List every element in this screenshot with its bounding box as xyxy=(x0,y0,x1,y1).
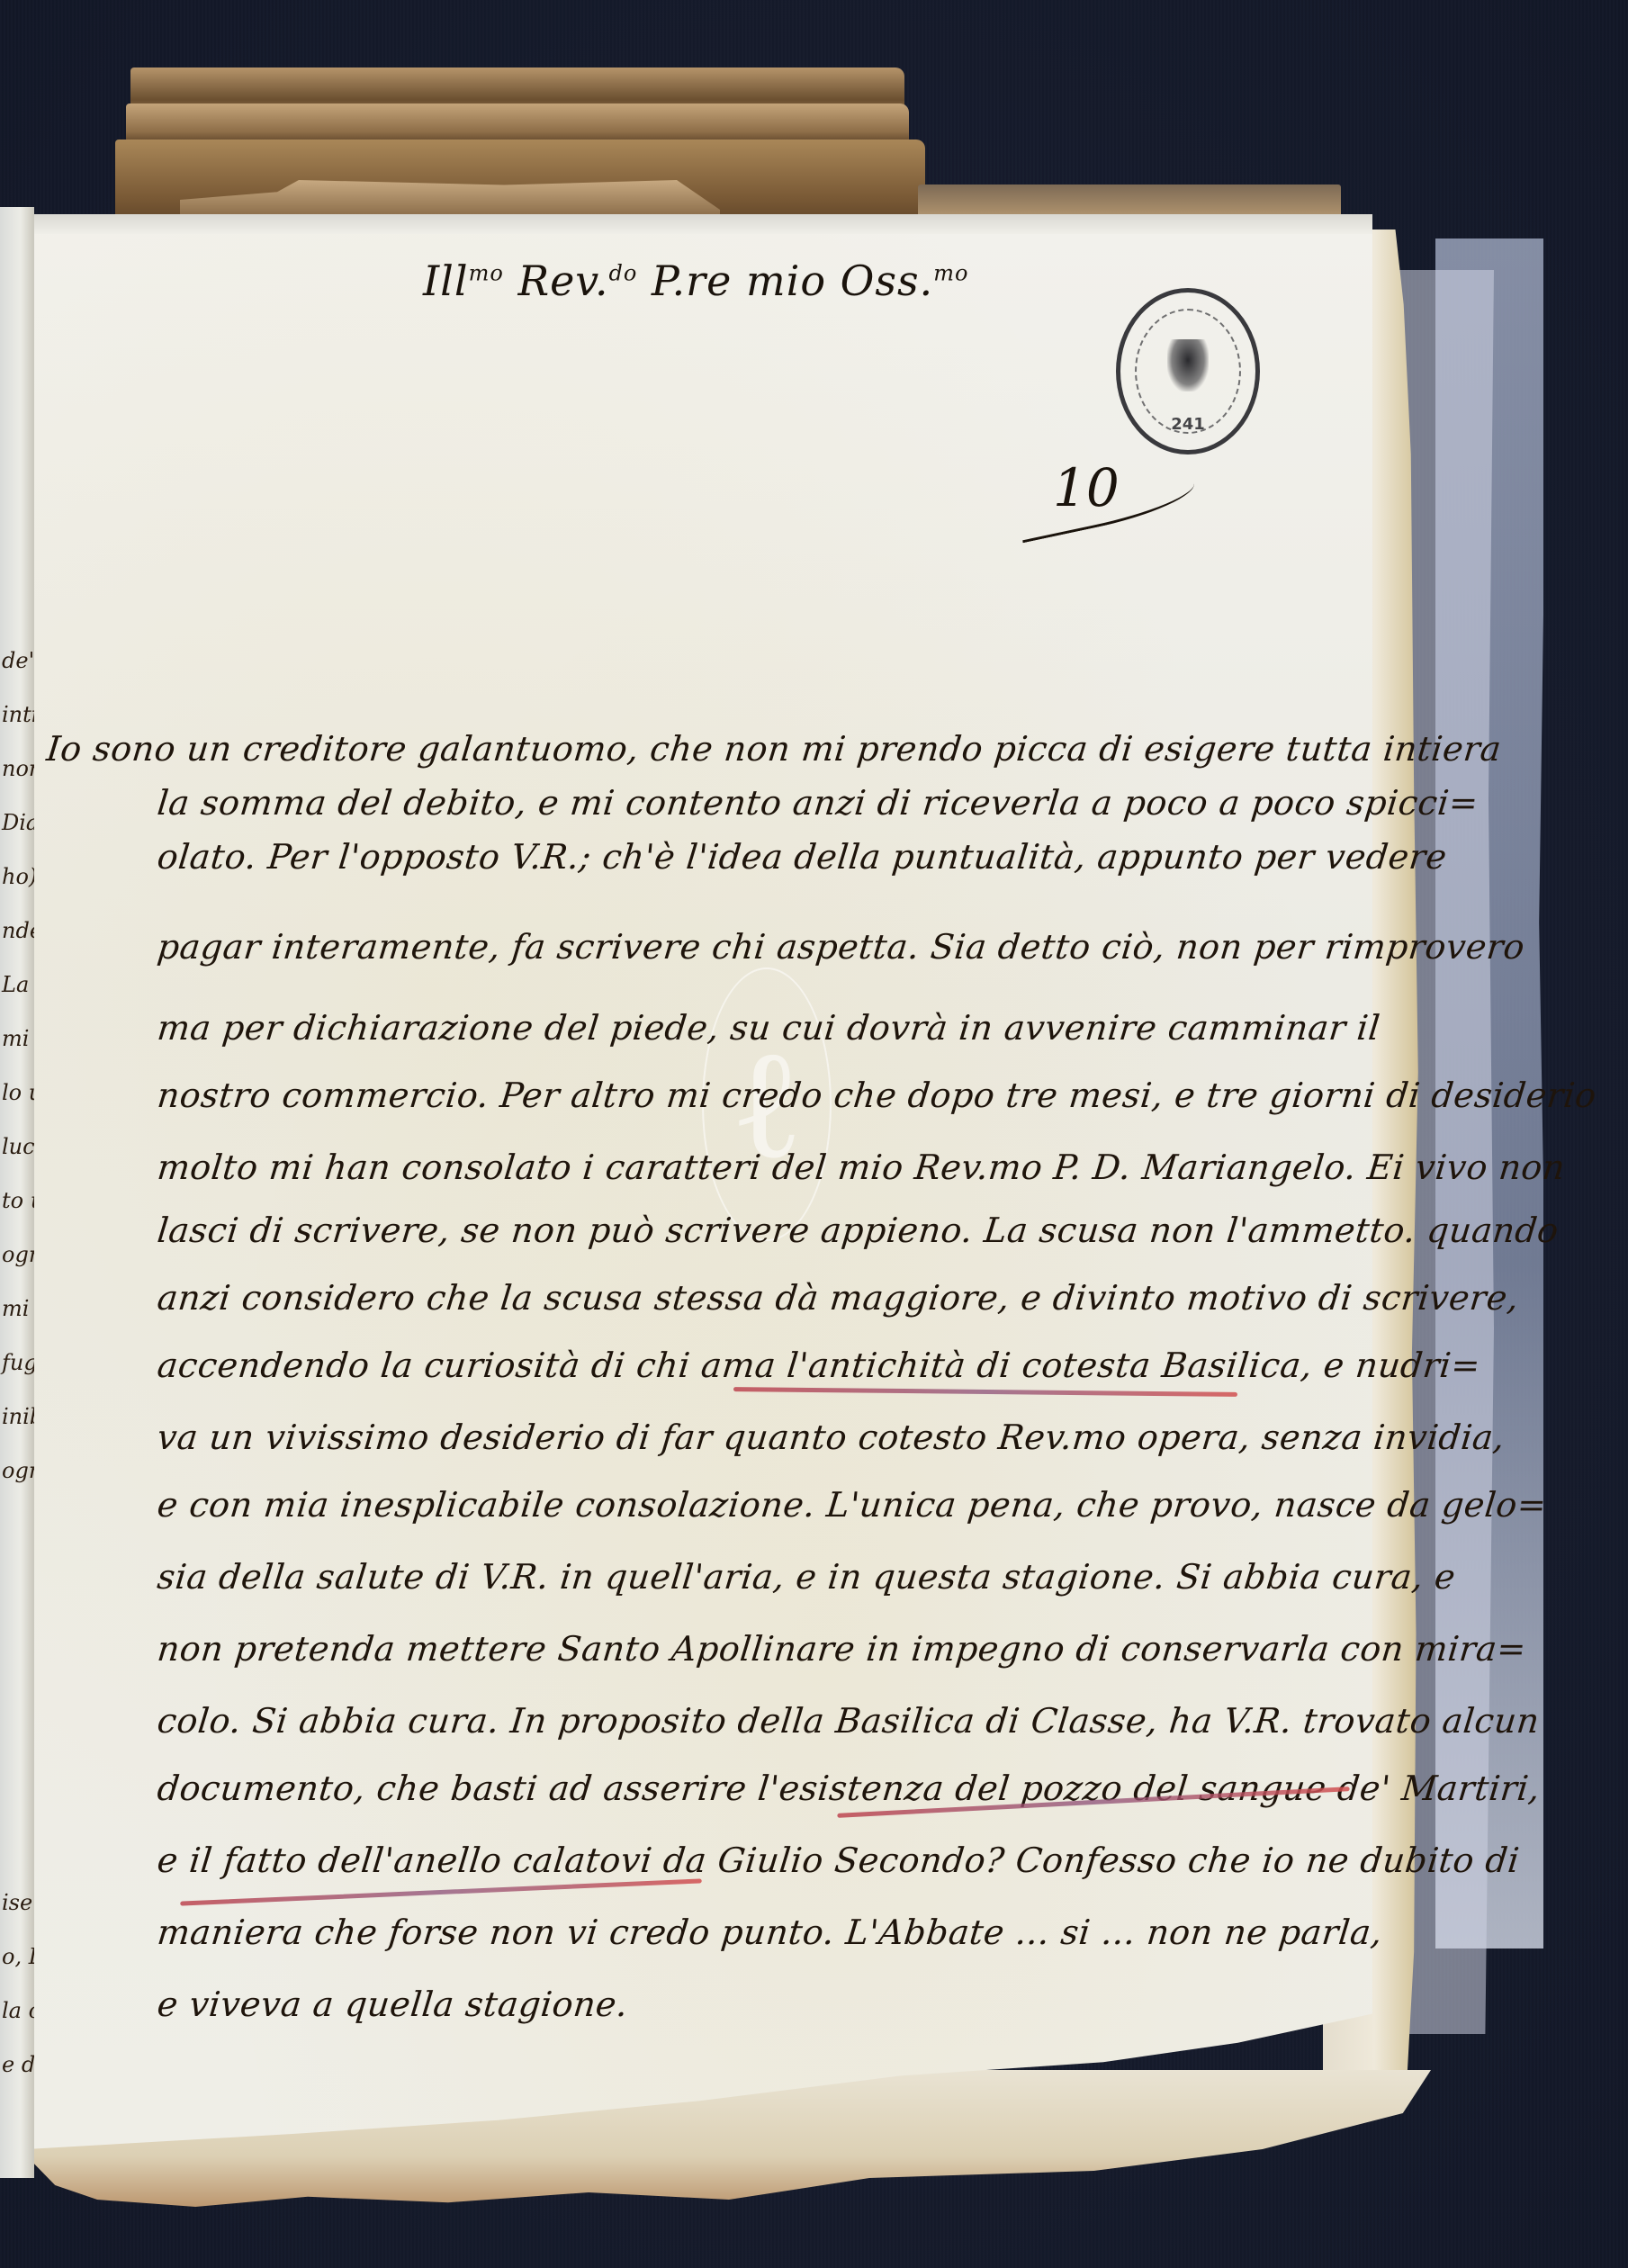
left-page-fragment: ho) non xyxy=(2,864,34,889)
letter-line: Io sono un creditore galantuomo, che non… xyxy=(45,729,1504,769)
letter-line: accendendo la curiosità di chi ama l'ant… xyxy=(156,1345,1483,1385)
left-page-fragment: nder d xyxy=(2,918,34,943)
brown-wrapping-stack xyxy=(108,58,918,238)
page-top-fold xyxy=(27,214,1372,234)
left-page-fragment: inibit xyxy=(2,1404,34,1429)
letter-line: la somma del debito, e mi contento anzi … xyxy=(156,783,1480,823)
left-page-fragment: to una xyxy=(2,1188,34,1213)
salutation-part: P.re mio Oss. xyxy=(637,256,933,305)
left-page-fragment: mi rifl xyxy=(2,1026,34,1051)
letter-line: anzi considero che la scusa stessa dà ma… xyxy=(156,1278,1521,1318)
left-facing-page-edge: de' dili intium non, L Diavoli, ho) non … xyxy=(0,207,34,2178)
left-page-fragment: Diavoli, xyxy=(2,810,34,835)
left-page-fragment: o, Lui xyxy=(2,1944,34,1969)
left-page-fragment: e di xyxy=(2,2052,34,2077)
salutation-superscript: mo xyxy=(933,261,968,286)
left-page-fragment: lo ugg xyxy=(2,1080,34,1105)
left-page-fragment: mi ricor xyxy=(2,1296,34,1321)
left-page-fragment: ogne i xyxy=(2,1458,34,1483)
letter-line: lasci di scrivere, se non può scrivere a… xyxy=(156,1210,1561,1250)
letter-line: colo. Si abbia cura. In proposito della … xyxy=(156,1701,1542,1741)
letter-line: pagar interamente, fa scrivere chi aspet… xyxy=(156,927,1527,967)
wrapping-layer xyxy=(126,103,909,144)
left-page-fragment: intium xyxy=(2,702,34,727)
letter-line: e viveva a quella stagione. xyxy=(156,1984,630,2024)
left-page-fragment: ogni, co xyxy=(2,1242,34,1267)
letter-salutation: Illmo Rev.do P.re mio Oss.mo xyxy=(423,256,968,305)
left-page-fragment: La intra xyxy=(2,972,34,997)
stamp-number: 241 xyxy=(1120,415,1255,434)
letter-line: e con mia inesplicabile consolazione. L'… xyxy=(156,1485,1549,1525)
stamp-emblem-icon xyxy=(1167,339,1209,391)
salutation-superscript: do xyxy=(608,261,637,286)
left-page-fragment: la cap xyxy=(2,1998,34,2023)
letter-line: e il fatto dell'anello calatovi da Giuli… xyxy=(156,1840,1522,1880)
left-page-fragment: fuggit xyxy=(2,1350,34,1375)
letter-line: nostro commercio. Per altro mi credo che… xyxy=(156,1075,1598,1115)
left-page-fragment: ise al xyxy=(2,1890,34,1915)
letter-line: non pretenda mettere Santo Apollinare in… xyxy=(156,1629,1528,1669)
salutation-superscript: mo xyxy=(469,261,504,286)
archive-stamp-icon: 241 xyxy=(1116,288,1260,454)
letter-line: maniera che forse non vi credo punto. L'… xyxy=(156,1912,1385,1952)
salutation-part: Ill xyxy=(423,256,469,305)
left-page-fragment: luce; xyxy=(2,1134,34,1159)
salutation-part: Rev. xyxy=(504,256,609,305)
letter-line: ma per dichiarazione del piede, su cui d… xyxy=(156,1008,1382,1048)
letter-line: sia della salute di V.R. in quell'aria, … xyxy=(156,1557,1458,1597)
letter-line: olato. Per l'opposto V.R.; ch'è l'idea d… xyxy=(156,837,1449,877)
left-page-fragment: de' dili xyxy=(2,648,34,673)
left-page-fragment: non, L xyxy=(2,756,34,781)
letter-line: molto mi han consolato i caratteri del m… xyxy=(156,1147,1568,1187)
letter-line: va un vivissimo desiderio di far quanto … xyxy=(156,1417,1507,1457)
